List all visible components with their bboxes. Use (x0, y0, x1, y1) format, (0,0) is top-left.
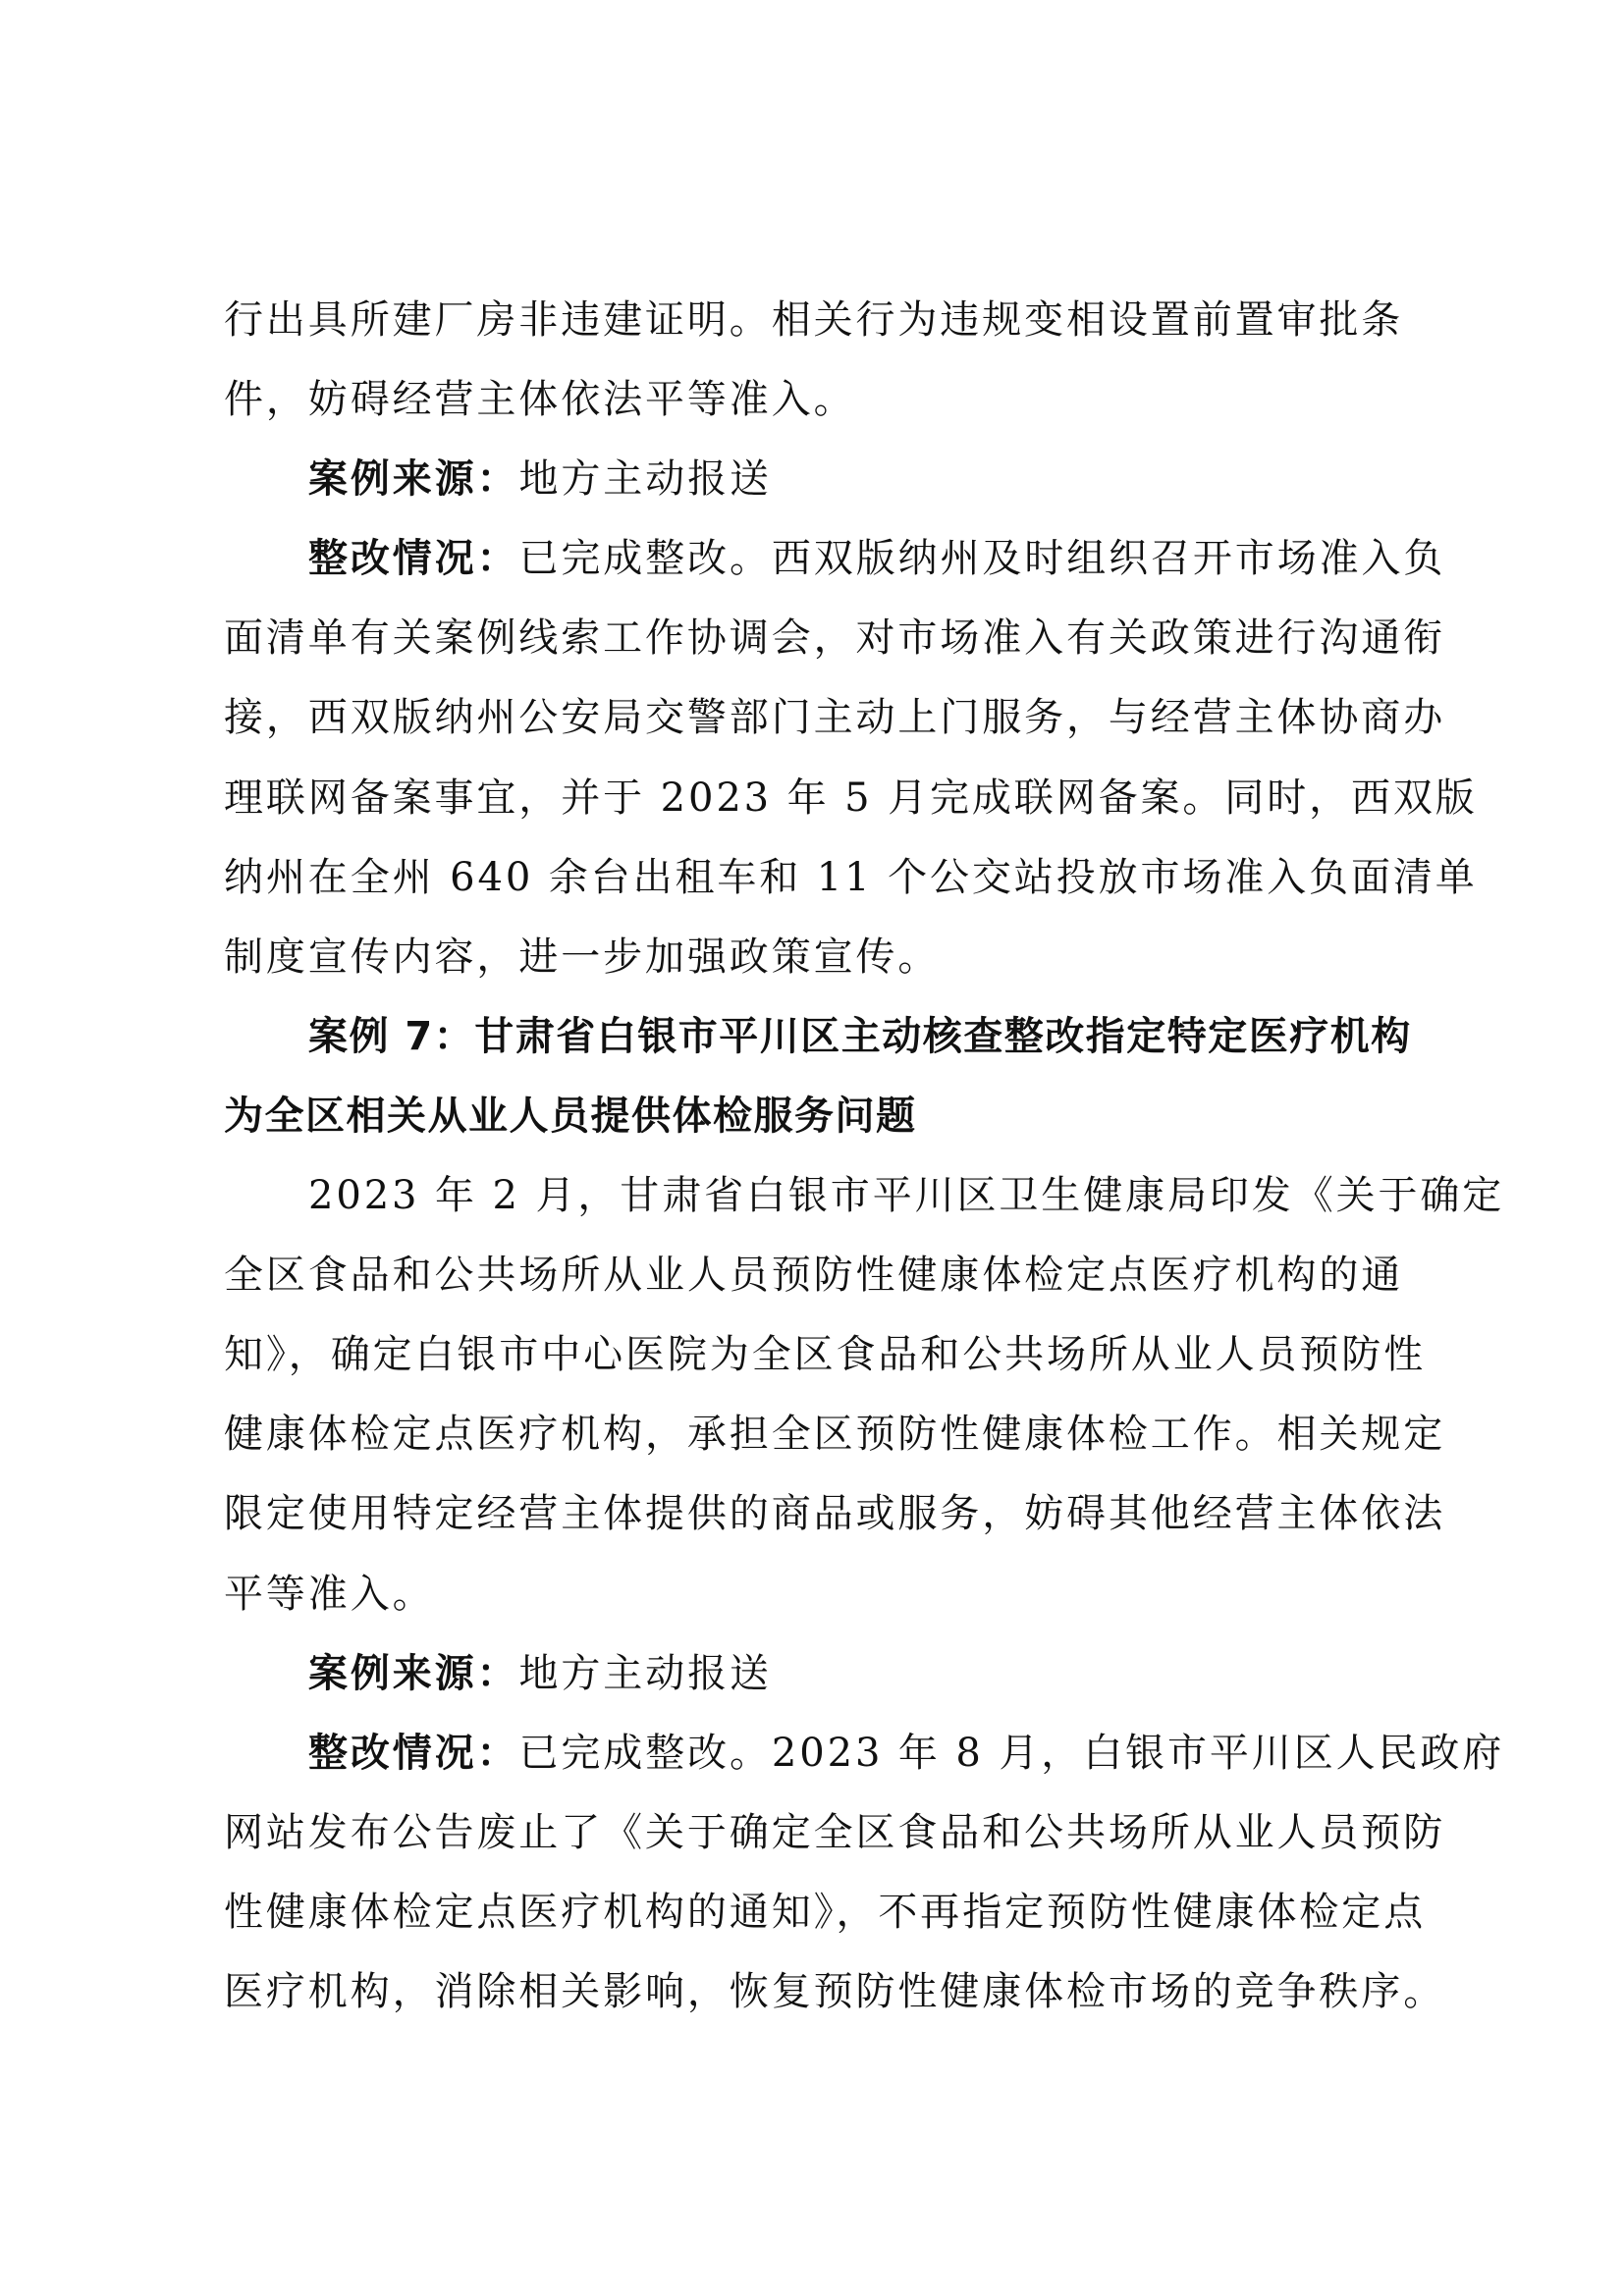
body-line: 2023 年 2 月，甘肃省白银市平川区卫生健康局印发《关于确定 (224, 1156, 1408, 1236)
body-line: 制度宣传内容，进一步加强政策宣传。 (224, 918, 1408, 997)
case-heading: 案例 7：甘肃省白银市平川区主动核查整改指定特定医疗机构 (224, 997, 1408, 1077)
body-line: 网站发布公告废止了《关于确定全区食品和公共场所从业人员预防 (224, 1793, 1408, 1873)
body-line: 面清单有关案例线索工作协调会，对市场准入有关政策进行沟通衔 (224, 599, 1408, 678)
rectification-text: 已完成整改。西双版纳州及时组织召开市场准入负 (519, 536, 1446, 581)
case-source-label: 案例来源： (308, 1651, 519, 1696)
body-line: 知》，确定白银市中心医院为全区食品和公共场所从业人员预防性 (224, 1315, 1408, 1395)
body-line: 平等准入。 (224, 1555, 1408, 1634)
case-source: 案例来源：地方主动报送 (224, 440, 1408, 519)
case-source-label: 案例来源： (308, 456, 519, 502)
case-heading: 为全区相关从业人员提供体检服务问题 (224, 1077, 1408, 1156)
body-line: 接，西双版纳州公安局交警部门主动上门服务，与经营主体协商办 (224, 678, 1408, 758)
case-source-value: 地方主动报送 (519, 456, 772, 502)
body-line: 医疗机构，消除相关影响，恢复预防性健康体检市场的竞争秩序。 (224, 1952, 1408, 2032)
body-line: 全区食品和公共场所从业人员预防性健康体检定点医疗机构的通 (224, 1236, 1408, 1315)
body-line: 健康体检定点医疗机构，承担全区预防性健康体检工作。相关规定 (224, 1395, 1408, 1474)
case-source: 案例来源：地方主动报送 (224, 1634, 1408, 1714)
rectification-text: 已完成整改。2023 年 8 月，白银市平川区人民政府 (519, 1731, 1505, 1776)
rectification-status: 整改情况：已完成整改。西双版纳州及时组织召开市场准入负 (224, 519, 1408, 599)
rectification-label: 整改情况： (308, 536, 519, 581)
body-line: 性健康体检定点医疗机构的通知》，不再指定预防性健康体检定点 (224, 1873, 1408, 1952)
body-line: 件，妨碍经营主体依法平等准入。 (224, 360, 1408, 440)
body-line: 限定使用特定经营主体提供的商品或服务，妨碍其他经营主体依法 (224, 1474, 1408, 1554)
body-line: 理联网备案事宜，并于 2023 年 5 月完成联网备案。同时，西双版 (224, 759, 1408, 838)
rectification-label: 整改情况： (308, 1731, 519, 1776)
rectification-status: 整改情况：已完成整改。2023 年 8 月，白银市平川区人民政府 (224, 1714, 1408, 1793)
body-line: 行出具所建厂房非违建证明。相关行为违规变相设置前置审批条 (224, 281, 1408, 360)
document-page: 行出具所建厂房非违建证明。相关行为违规变相设置前置审批条 件，妨碍经营主体依法平… (224, 281, 1408, 2032)
case-source-value: 地方主动报送 (519, 1651, 772, 1696)
body-line: 纳州在全州 640 余台出租车和 11 个公交站投放市场准入负面清单 (224, 838, 1408, 918)
